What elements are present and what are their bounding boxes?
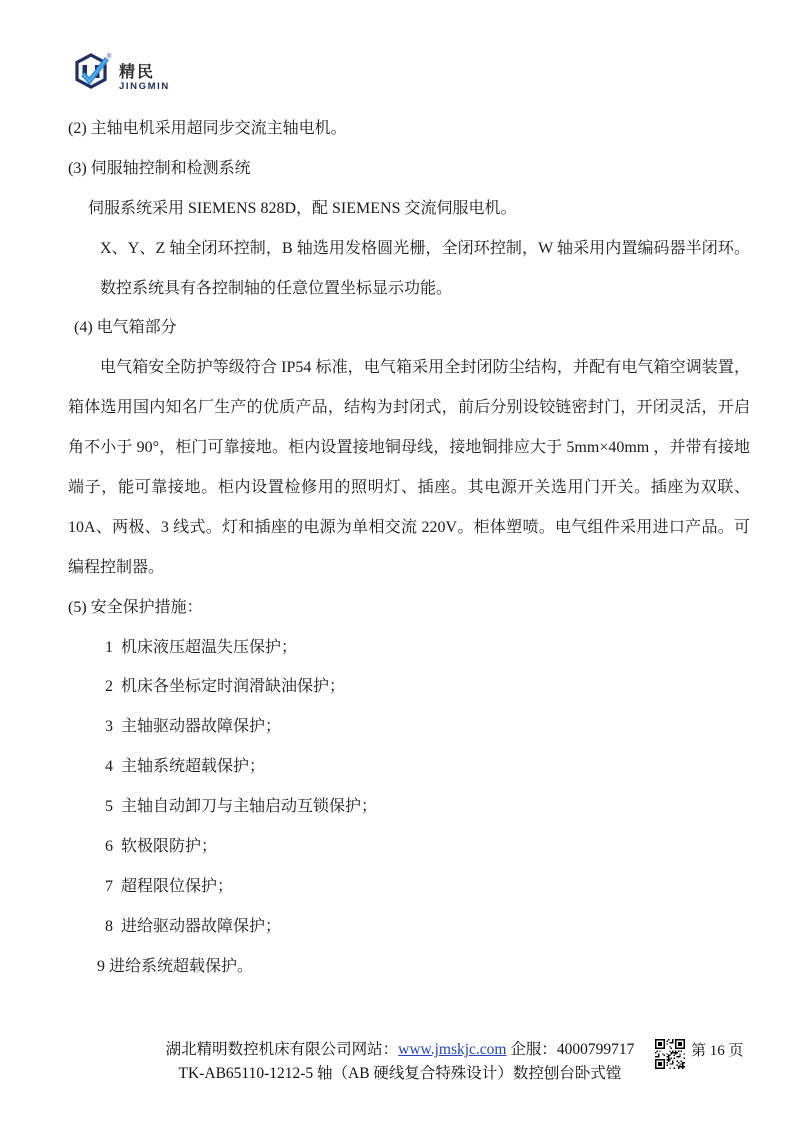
text-line: 2 机床各坐标定时润滑缺油保护； xyxy=(68,667,750,707)
text-line: 编程控制器。 xyxy=(68,548,750,588)
text-line: 箱体选用国内知名厂生产的优质产品，结构为封闭式，前后分别设铰链密封门，开闭灵活，… xyxy=(68,388,750,428)
text-line: (2) 主轴电机采用超同步交流主轴电机。 xyxy=(68,109,750,149)
text-line: 端子，能可靠接地。柜内设置检修用的照明灯、插座。其电源开关选用门开关。插座为双联… xyxy=(68,468,750,508)
text-line: 伺服系统采用 SIEMENS 828D，配 SIEMENS 交流伺服电机。 xyxy=(68,189,750,229)
text-line: 8 进给驱动器故障保护； xyxy=(68,907,750,947)
text-line: (4) 电气箱部分 xyxy=(68,308,750,348)
text-line: 4 主轴系统超载保护； xyxy=(68,747,750,787)
text-line: 3 主轴驱动器故障保护； xyxy=(68,707,750,747)
hexagon-m-logo-icon: ® xyxy=(74,53,114,97)
text-line: (5) 安全保护措施： xyxy=(68,588,750,628)
registered-mark: ® xyxy=(107,53,112,60)
text-line: 10A、两极、3 线式。灯和插座的电源为单相交流 220V。柜体塑喷。电气组件采… xyxy=(68,508,750,548)
footer-website-link[interactable]: www.jmskjc.com xyxy=(398,1041,506,1058)
text-line: 电气箱安全防护等级符合 IP54 标准，电气箱采用全封闭防尘结构，并配有电气箱空… xyxy=(68,348,750,388)
text-line: 9 进给系统超载保护。 xyxy=(68,947,750,987)
text-line: 数控系统具有各控制轴的任意位置坐标显示功能。 xyxy=(68,269,750,309)
text-line: 角不小于 90°，柜门可靠接地。柜内设置接地铜母线，接地铜排应大于 5mm×40… xyxy=(68,428,750,468)
page-number-label: 第 16 页 xyxy=(691,1039,744,1063)
content-lines: (2) 主轴电机采用超同步交流主轴电机。(3) 伺服轴控制和检测系统伺服系统采用… xyxy=(68,109,750,987)
logo-en-text: JINGMIN xyxy=(119,81,170,92)
jingmin-logo: ® 精民 JINGMIN xyxy=(74,53,170,97)
text-line: 6 软极限防护； xyxy=(68,827,750,867)
text-line: X、Y、Z 轴全闭环控制，B 轴选用发格圆光栅，全闭环控制，W 轴采用内置编码器… xyxy=(68,229,750,269)
logo-text-block: 精民 JINGMIN xyxy=(119,59,170,92)
qr-code-icon xyxy=(655,1039,685,1069)
logo-cn-text: 精民 xyxy=(119,65,170,81)
text-line: 7 超程限位保护； xyxy=(68,867,750,907)
footer-phone-text: 企服：4000799717 xyxy=(506,1041,634,1058)
text-line: 1 机床液压超温失压保护； xyxy=(68,628,750,668)
document-page: ® 精民 JINGMIN (2) 主轴电机采用超同步交流主轴电机。(3) 伺服轴… xyxy=(0,0,800,1131)
text-line: 5 主轴自动卸刀与主轴启动互锁保护； xyxy=(68,787,750,827)
text-line: (3) 伺服轴控制和检测系统 xyxy=(68,149,750,189)
footer-company-text: 湖北精明数控机床有限公司网站： xyxy=(166,1041,399,1058)
